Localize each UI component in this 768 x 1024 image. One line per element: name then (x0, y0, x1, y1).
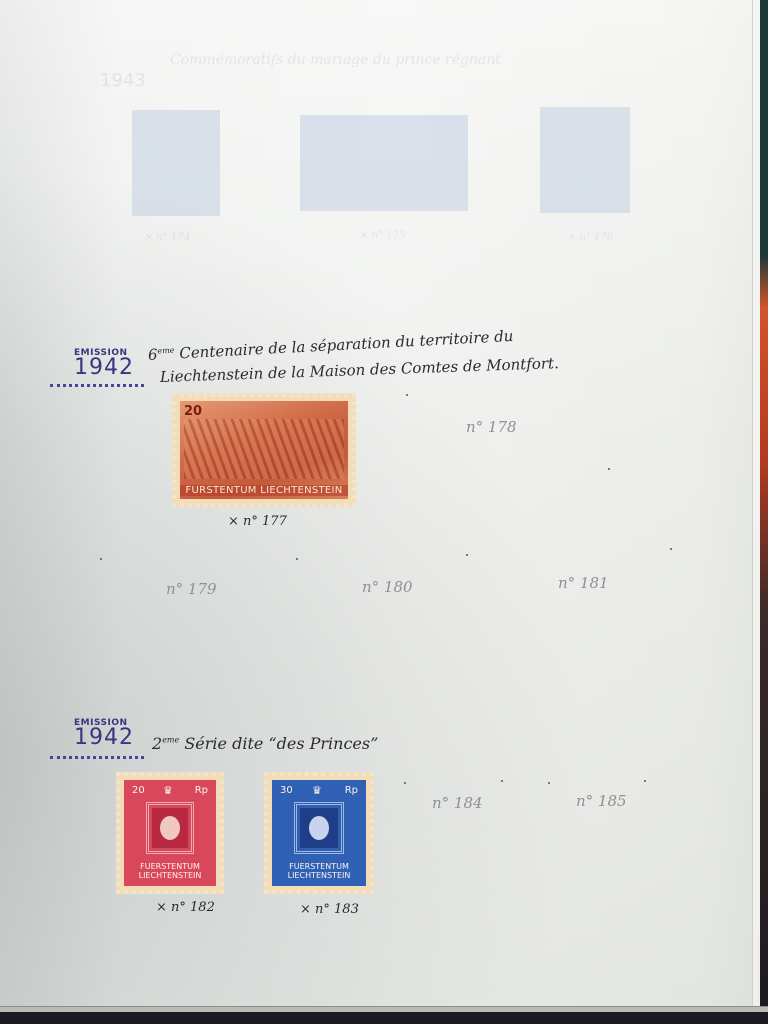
hinge-mark (670, 548, 672, 550)
album-page: Commémoratifs du mariage du prince régna… (0, 0, 752, 1010)
hinge-mark (548, 782, 550, 784)
empty-slot-label: n° 181 (558, 574, 609, 592)
emission-stamp: EMISSION 1942 (74, 718, 134, 748)
stamp-legend: FUERSTENTUM LIECHTENSTEIN (124, 862, 216, 880)
ghost-stamp-1 (132, 110, 220, 216)
empty-slot-label: n° 178 (466, 418, 517, 436)
ghost-caption: × n° 176 (568, 232, 613, 243)
hinge-mark (100, 558, 102, 560)
empty-slot-label: n° 179 (166, 580, 217, 598)
ornamental-frame (146, 802, 194, 854)
stamp-182[interactable]: 20 Rp ♛ FUERSTENTUM LIECHTENSTEIN (116, 772, 224, 894)
ghost-caption: × n° 175 (360, 230, 405, 241)
ghost-year: 1943 (100, 70, 146, 91)
emission-year: 1942 (74, 358, 134, 378)
empty-slot-label: n° 184 (432, 794, 483, 812)
hinge-mark (644, 780, 646, 782)
stamp-value: 20 (184, 404, 202, 419)
ornamental-frame (294, 802, 344, 854)
section-title: 2eme Série dite “des Princes” (152, 734, 378, 753)
crown-icon: ♛ (312, 784, 322, 797)
stamp-illustration (184, 419, 344, 479)
hinge-mark (466, 554, 468, 556)
background (0, 1012, 768, 1024)
empty-slot-label: n° 180 (362, 578, 413, 596)
stamp-legend: FUERSTENTUM LIECHTENSTEIN (272, 862, 366, 880)
dotted-rule (50, 756, 144, 759)
hinge-mark (608, 468, 610, 470)
dotted-rule (50, 384, 144, 387)
stamp-177[interactable]: 20 FURSTENTUM LIECHTENSTEIN (172, 393, 356, 507)
hinge-mark (404, 782, 406, 784)
hinge-mark (501, 780, 503, 782)
emission-year: 1942 (74, 728, 134, 748)
ghost-stamp-3 (540, 107, 630, 213)
album-cover-edge (760, 0, 768, 1024)
stamp-183[interactable]: 30 Rp ♛ FUERSTENTUM LIECHTENSTEIN (264, 772, 374, 894)
ghost-title: Commémoratifs du mariage du prince régna… (170, 52, 501, 68)
empty-slot-label: n° 185 (576, 792, 627, 810)
stamp-caption: × n° 182 (156, 900, 215, 915)
ghost-caption: × n° 174 (145, 232, 190, 243)
stamp-legend: FURSTENTUM LIECHTENSTEIN (180, 485, 348, 496)
hinge-mark (406, 394, 408, 396)
stamp-caption: × n° 177 (228, 514, 287, 529)
crown-icon: ♛ (163, 784, 173, 797)
emission-stamp: EMISSION 1942 (74, 348, 134, 378)
hinge-mark (296, 558, 298, 560)
stamp-caption: × n° 183 (300, 902, 359, 917)
ghost-stamp-2 (300, 115, 468, 211)
